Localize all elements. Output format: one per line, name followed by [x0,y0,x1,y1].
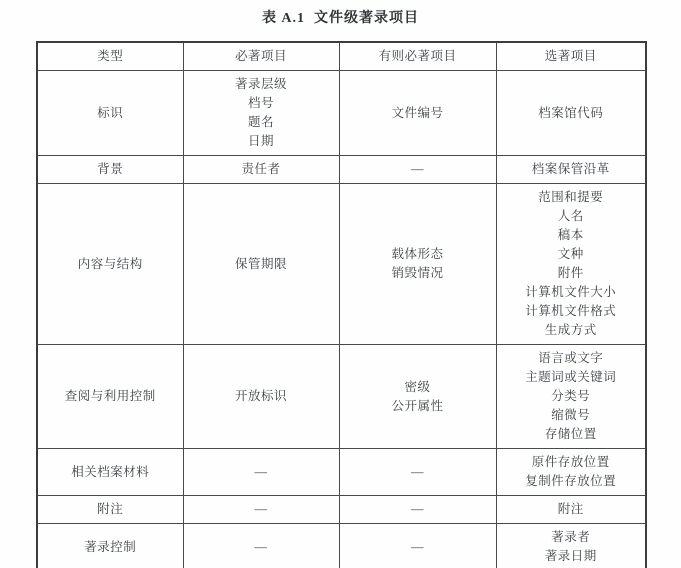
table-row: 标识 著录层级 档号 题名 日期 文件编号 档案馆代码 [37,71,646,156]
cell-mandatory: 责任者 [183,156,339,184]
cell-mandatory: — [183,449,339,496]
cell-type: 查阅与利用控制 [37,345,183,449]
table-row: 相关档案材料 — — 原件存放位置 复制件存放位置 [37,449,646,496]
cell-optional: 附注 [496,496,646,524]
cell-type: 相关档案材料 [37,449,183,496]
cell-conditional: 密级 公开属性 [339,345,496,449]
cell-mandatory: 著录层级 档号 题名 日期 [183,71,339,156]
table-row: 背景 责任者 — 档案保管沿革 [37,156,646,184]
header-optional: 选著项目 [496,42,646,71]
cell-mandatory: — [183,496,339,524]
cell-type: 背景 [37,156,183,184]
cell-mandatory: 保管期限 [183,184,339,345]
cell-conditional: — [339,156,496,184]
cell-optional: 档案馆代码 [496,71,646,156]
description-items-table: 类型 必著项目 有则必著项目 选著项目 标识 著录层级 档号 题名 日期 文件编… [36,41,647,568]
cell-type: 著录控制 [37,524,183,568]
cell-optional: 档案保管沿革 [496,156,646,184]
cell-conditional: 载体形态 销毁情况 [339,184,496,345]
cell-type: 内容与结构 [37,184,183,345]
header-conditional: 有则必著项目 [339,42,496,71]
cell-mandatory: 开放标识 [183,345,339,449]
table-row: 查阅与利用控制 开放标识 密级 公开属性 语言或文字 主题词或关键词 分类号 缩… [37,345,646,449]
cell-conditional: — [339,524,496,568]
cell-conditional: — [339,496,496,524]
cell-optional: 范围和提要 人名 稿本 文种 附件 计算机文件大小 计算机文件格式 生成方式 [496,184,646,345]
header-type: 类型 [37,42,183,71]
table-row: 内容与结构 保管期限 载体形态 销毁情况 范围和提要 人名 稿本 文种 附件 计… [37,184,646,345]
table-row: 附注 — — 附注 [37,496,646,524]
cell-type: 标识 [37,71,183,156]
cell-optional: 著录者 著录日期 [496,524,646,568]
table-caption: 表 A.1 文件级著录项目 [0,7,681,27]
cell-conditional: 文件编号 [339,71,496,156]
header-mandatory: 必著项目 [183,42,339,71]
cell-optional: 原件存放位置 复制件存放位置 [496,449,646,496]
table-header-row: 类型 必著项目 有则必著项目 选著项目 [37,42,646,71]
cell-type: 附注 [37,496,183,524]
cell-mandatory: — [183,524,339,568]
cell-optional: 语言或文字 主题词或关键词 分类号 缩微号 存储位置 [496,345,646,449]
cell-conditional: — [339,449,496,496]
document-page: 表 A.1 文件级著录项目 类型 必著项目 有则必著项目 选著项目 标识 著录层… [0,0,681,568]
table-row: 著录控制 — — 著录者 著录日期 [37,524,646,568]
